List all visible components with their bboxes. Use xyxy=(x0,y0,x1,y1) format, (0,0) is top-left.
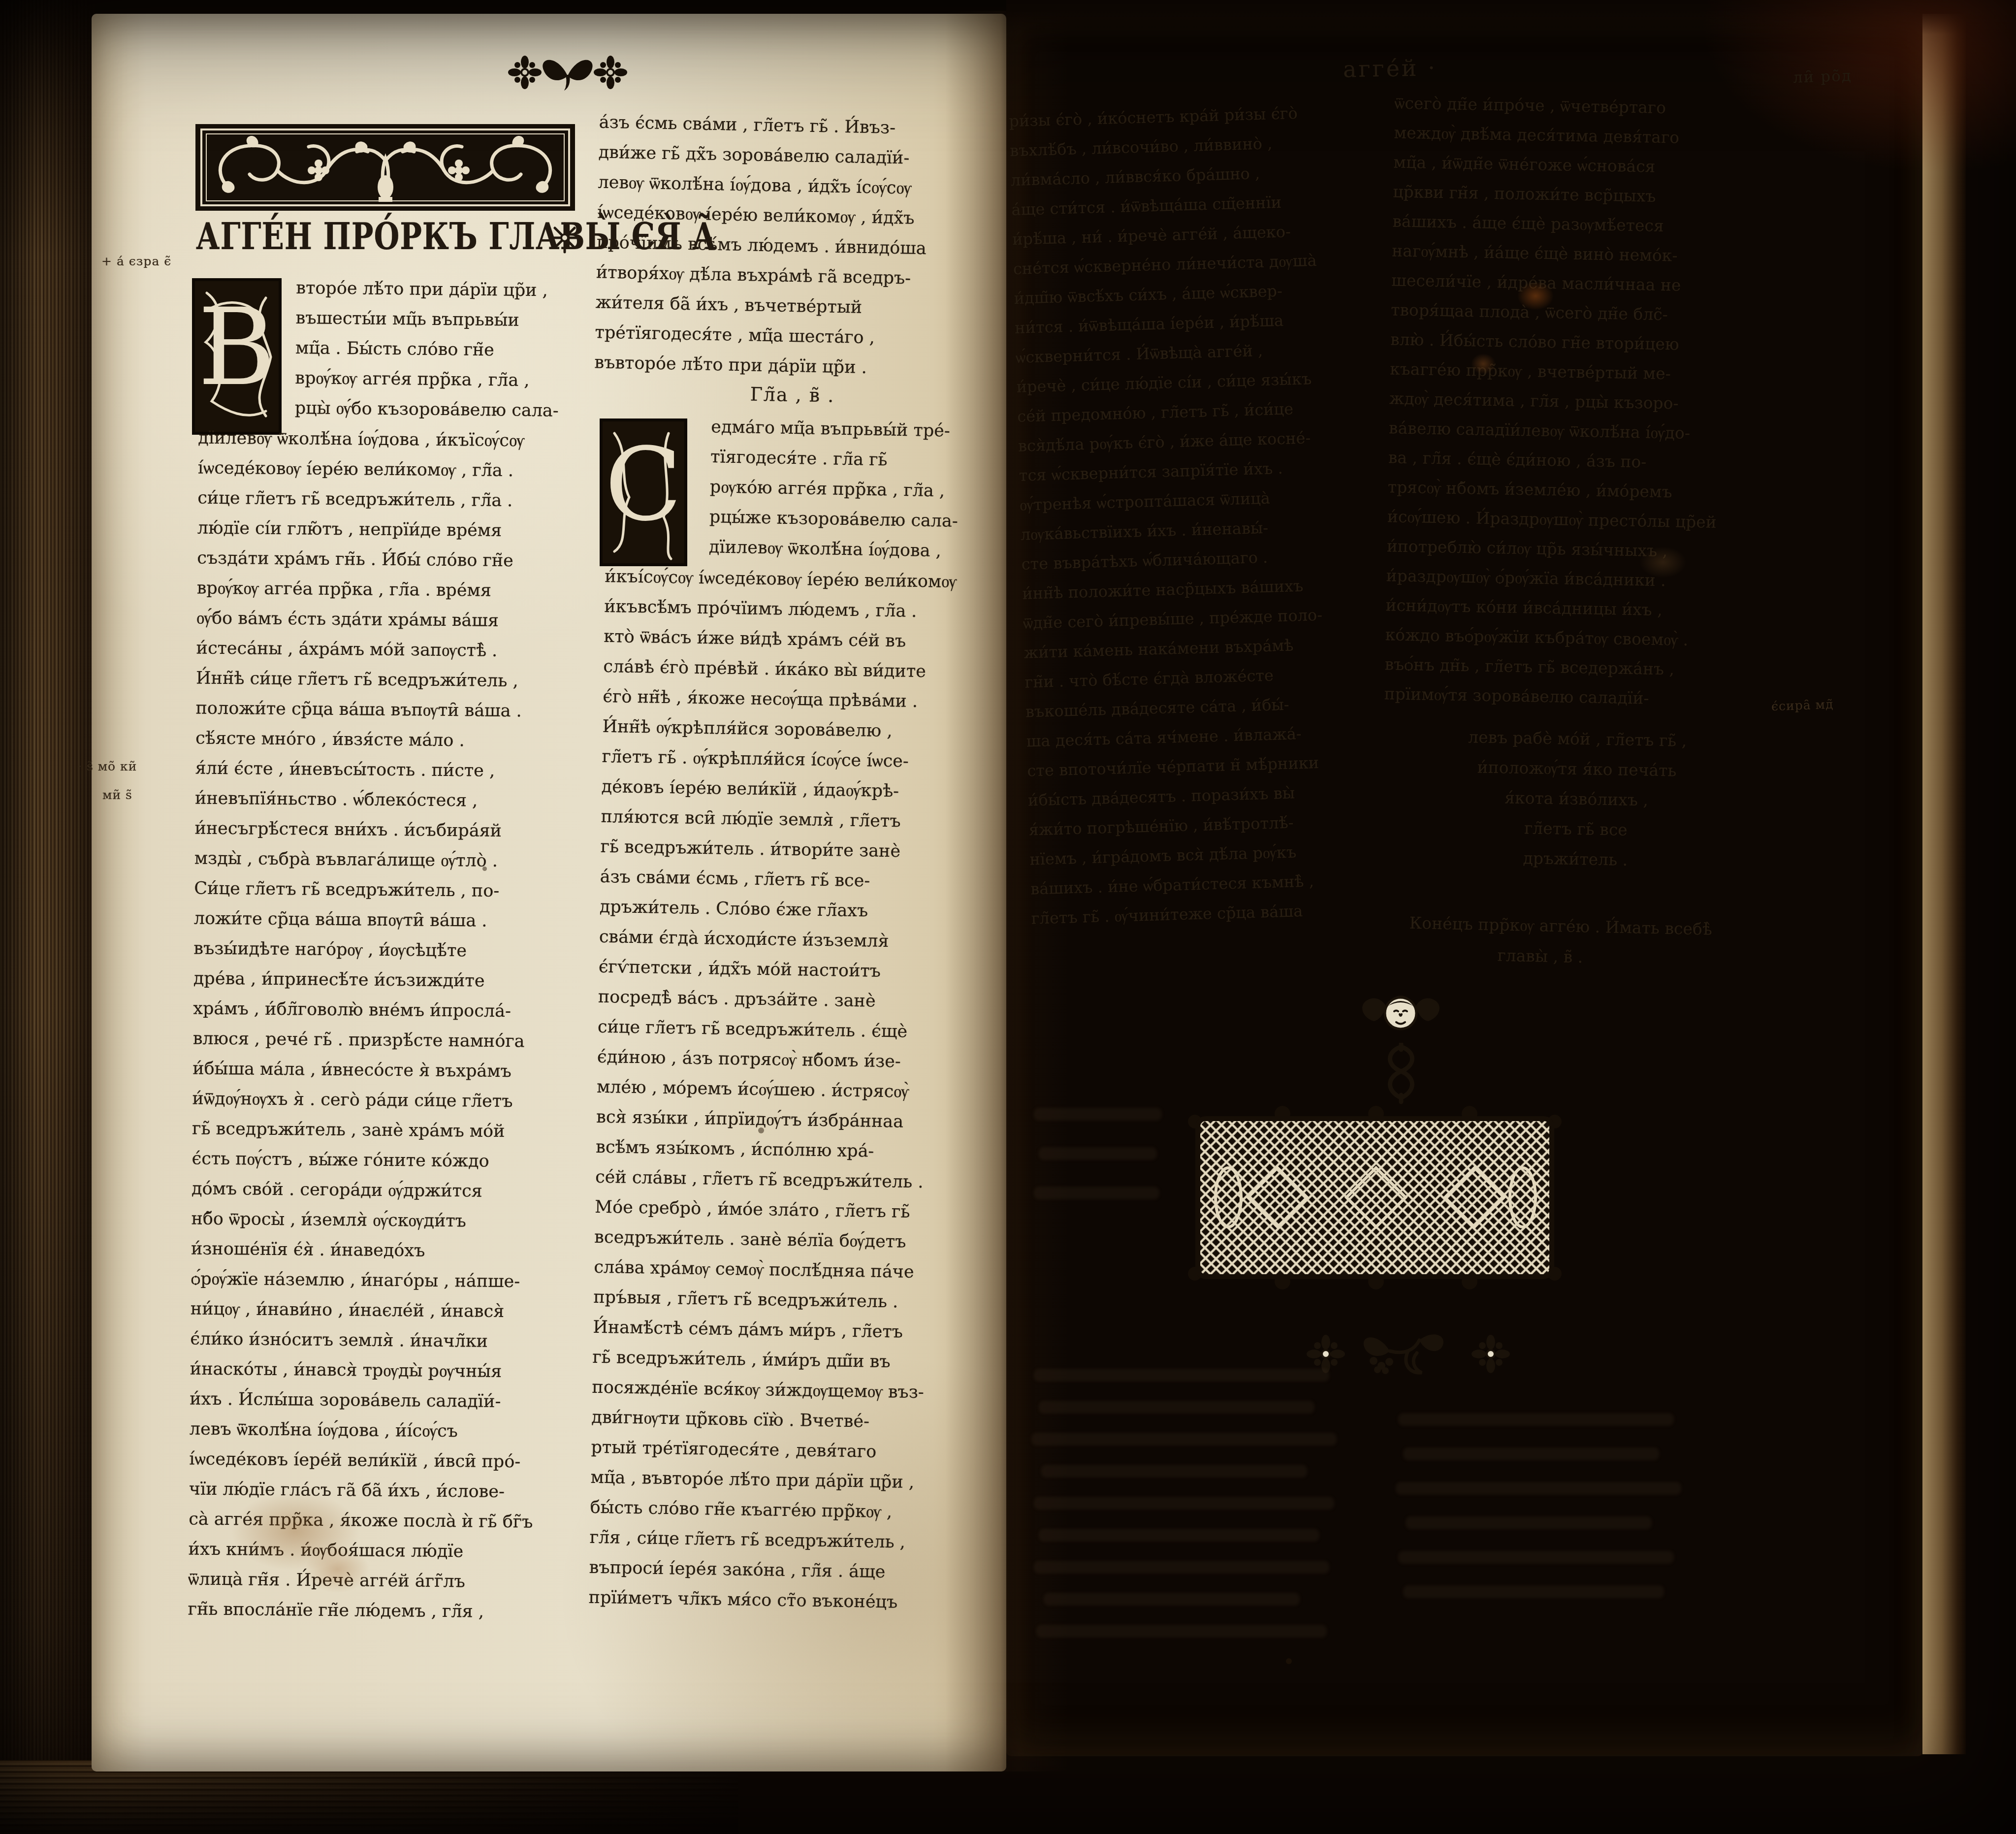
text-line: и́наско́ты , и́нався̀ трѹды̀ рѹчны́я xyxy=(190,1354,584,1387)
stain xyxy=(1639,547,1686,578)
text-line: тїягодеся́те . гл̃а гь̃ xyxy=(710,442,987,477)
text-line: ложи́те ср̃ца ва́ша впѹти̑ ва́ша . xyxy=(194,904,588,937)
column-4-lines: ѿсего̀ дн̃е и́про́че , ѿчетве́ртагомеждѹ… xyxy=(1384,88,1769,715)
text-line: рцы̀ ѹ́бо къзорова́велю сала- xyxy=(294,393,578,426)
text-line: є́ли́ко и́зно́ситъ земля̀ . и́начл̃ки xyxy=(190,1324,584,1357)
margin-note-mid: · ѕ̃ мо̃ ки̃ми̃ ѕ̃ xyxy=(78,752,137,809)
text-line: і́ѡседе́ковъ і́ере́й вели́кїй , и́вси̑ п… xyxy=(189,1444,583,1478)
text-line: мзды̀ , събра̀ въвлага́лище ѹ́тло̀ . xyxy=(194,844,589,877)
text-line: влюся , рече́ гь̃ . призрѣ́сте намно́га xyxy=(192,1024,587,1058)
text-line: чїи лю́дїе гла́съ га̃ ба̃ и́хъ , и́слове… xyxy=(189,1474,583,1508)
text-line: гь̃ вседръжи́тель , занѐ хра́мъ мо́й xyxy=(192,1114,586,1148)
column-3-lines: ри́зы є́го̀ , и́ко́снетъ кра́й ри́зы є́г… xyxy=(1009,97,1376,933)
text-line: си́це гл̃етъ гь̃ вседръжи́тель , гл̃а . xyxy=(197,483,592,517)
text-line: ѻ́рѹ́жїе на́землю , и́наго́ры , на́пше- xyxy=(191,1264,585,1297)
text-line: рцы́же къзорова́велю сала- xyxy=(709,502,985,537)
text-line: възы́идѣте наго́рѹ , и́ѹсѣцѣ́те xyxy=(193,934,588,967)
text-line: дїилевѹ ѿколѣ́на і́ѹ́дова , xyxy=(708,532,985,567)
floral-tail-ornament xyxy=(1304,1325,1513,1382)
show-through xyxy=(1036,1625,1327,1638)
column-2-pre-lines: а́зъ є́смь сва́ми , гл̃етъ гь̃ . И́въз-д… xyxy=(594,107,991,385)
folio-number: ли̑ ро̃д xyxy=(1792,67,1852,87)
title-cross-icon xyxy=(547,221,582,255)
show-through xyxy=(1034,1369,1329,1382)
show-through xyxy=(1403,1448,1659,1460)
show-through xyxy=(1044,1593,1300,1606)
text-line: до́мъ сво́й . сегора́ди ѹ́држи́тся xyxy=(192,1174,586,1207)
text-line: и́несъгрѣ́стеся вни́хъ . и́събира́яй xyxy=(194,814,589,847)
margin-note-line: ми̃ ѕ̃ xyxy=(102,781,137,809)
show-through xyxy=(1398,1551,1674,1564)
running-header: агге́й · xyxy=(1343,54,1438,82)
text-line: і́ѡседе́ковѹ і́ере́ю вели́комѹ , гл̃а . xyxy=(198,453,592,487)
text-line: и́хъ . И́слы́ша зорова́вель саладїи́- xyxy=(190,1384,584,1417)
show-through xyxy=(1039,1147,1157,1160)
show-through xyxy=(1034,1187,1159,1199)
text-line: я́ли́ є́сте , и́невъсы́тость . пи́сте , xyxy=(195,754,589,787)
text-line: рѹко́ю агге́я прр̃ка , гл̃а , xyxy=(710,472,986,507)
stain xyxy=(1517,282,1554,310)
text-line: положи́те ср̃ца ва́ша въпѹти̑ ва́ша . xyxy=(195,694,590,727)
initial-letter: В xyxy=(198,286,276,409)
text-line: левъ ѿколѣ́на і́ѹ́дова , и́і́сѹ́съ xyxy=(190,1414,584,1448)
show-through xyxy=(1041,1465,1307,1478)
interlace-tailpiece xyxy=(1184,1103,1566,1292)
text-line: и́зноше́нїя є́я̀ . и́наведо́хъ xyxy=(191,1234,585,1267)
show-through xyxy=(1034,1561,1329,1574)
margin-note-line: · ѕ̃ мо̃ ки̃ xyxy=(78,752,137,781)
column-4-taper-lines: левъ рабѐ мо́й , гл̃етъ гь̃ ,и́положѹ́тя… xyxy=(1388,720,1764,877)
fore-edge xyxy=(1922,14,1966,1754)
speck xyxy=(482,867,487,871)
show-through xyxy=(1034,1497,1334,1510)
text-line: хра́мъ , и́бл̃говолю̀ вне́мъ и́просла́- xyxy=(193,994,587,1028)
margin-note-sirach: є́сира̑ мд̃ xyxy=(1771,697,1834,713)
column-2-intro: едма́го мц̃а въпрьвы́й тре́-тїягодеся́те… xyxy=(708,412,987,567)
book-spread-photo: АГГЕ́Н ПРО́РКЪ ГЛАВЫ̀ ЄЯ̀ А̃ + а́ єзра є… xyxy=(0,0,2016,1834)
margin-note-esdras: + а́ єзра є̃ xyxy=(101,254,171,268)
show-through xyxy=(1031,1433,1337,1446)
text-line: ѹ́бо ва́мъ є́сть зда́ти хра́мы ва́шя xyxy=(196,604,591,637)
text-line: и́стеса́ны , а́хра́мъ мо́й запѹстѣ̀ . xyxy=(196,634,590,667)
text-line: и́невъпїя́ньство . ѡ́блеко́стеся , xyxy=(195,784,589,817)
show-through xyxy=(1396,1482,1681,1495)
text-line: Си́це гл̃етъ гь̃ вседръжи́тель , по- xyxy=(194,874,588,907)
page-block-edge-left xyxy=(0,0,95,1834)
text-line: мц̃а . Бы́сть сло́во гн̃е xyxy=(295,333,579,366)
ornate-initial-S: С xyxy=(600,418,687,566)
text-line: дре́ва , и́принесѣ́те и́съзижди́те xyxy=(193,964,588,997)
text-line: И́нн̃ѣ си́це гл̃етъ гь̃ вседръжи́тель , xyxy=(196,664,590,697)
text-line: врѹ́кѹ агге́я прр̃ка , гл̃а , xyxy=(295,363,578,396)
printer-flower-cluster-icon xyxy=(506,45,629,99)
text-line: създа́ти хра́мъ гн̃ь . И́бы́ сло́во гн̃е xyxy=(197,544,591,577)
book-title-vyaz: АГГЕ́Н ПРО́РКЪ ГЛАВЫ̀ ЄЯ̀ А̃ xyxy=(196,215,562,258)
text-line: дїилевѹ ѿколѣ́на і́ѹ́дова , и́къїсѹ́сѹ xyxy=(198,423,592,457)
text-line: є́сть пѹ́стъ , вы́же го́ните ко́ждо xyxy=(192,1144,586,1178)
speck xyxy=(1286,1658,1292,1664)
colophon: Коне́цъ прр̃кѹ агге́ю . И́мать всебѣ̀гла… xyxy=(1408,908,1793,977)
column-2-lines: и́къі́сѹ́сѹ і́ѡседе́ковѹ і́ере́ю вели́ко… xyxy=(588,562,996,1619)
knot-squiggle-icon xyxy=(1377,1043,1424,1104)
text-line: сѣ́ясте мно́го , и́взя́сте ма́ло . xyxy=(195,724,590,757)
text-line: прїи́метъ чл̃къ мя́со ст̃о въконе́цъ xyxy=(588,1583,980,1619)
woodcut-headpiece xyxy=(194,123,576,212)
text-line: второ́е лѣ́то при да́рїи цр̃и , xyxy=(296,273,579,306)
stain xyxy=(1471,354,1496,374)
text-line: едма́го мц̃а въпрьвы́й тре́- xyxy=(711,412,987,447)
winged-cherub-icon xyxy=(1358,983,1444,1044)
text-line: лю́дїе сі́и глю̃тъ , непрїи́де вре́мя xyxy=(197,514,592,547)
text-line: ни́цѹ , и́нави́но , и́наєле́й , и́нався̀ xyxy=(191,1294,585,1327)
text-line: въшесты́и мц̃ь въпрьвы́и xyxy=(295,303,579,336)
show-through xyxy=(1034,1108,1162,1121)
colophon-line: главы̀ , в̃ . xyxy=(1497,940,1793,977)
ornate-initial-V: В xyxy=(192,278,282,435)
show-through xyxy=(1406,1516,1652,1529)
text-line: врѹ́кѹ агге́а прр̃ка , гл̃а . вре́мя xyxy=(196,574,591,607)
show-through xyxy=(1039,1401,1314,1414)
text-line: ѿлица̀ гн̃я . И́речѐ агге́й а́гг̃лъ xyxy=(188,1564,582,1598)
column-1-intro: второ́е лѣ́то при да́рїи цр̃и ,въшесты́и… xyxy=(294,273,579,426)
show-through xyxy=(1398,1413,1674,1426)
text-line: нб̃о ѿросы̀ , и́земля̀ ѹ́скѹди́тъ xyxy=(191,1204,585,1237)
text-line: гн̃ь впосла́нїе гн̃е лю́демъ , гл̃я , xyxy=(188,1594,582,1628)
show-through xyxy=(1039,1529,1319,1542)
initial-letter: С xyxy=(605,426,682,544)
text-line: и́бы́ша ма́ла , и́внесо́сте я̀ въхра́мъ xyxy=(192,1054,587,1088)
text-line: и́ѿдѹ́нѹхъ я̀ . сего̀ ра́ди си́це гл̃етъ xyxy=(192,1084,586,1118)
speck xyxy=(758,1127,764,1133)
show-through xyxy=(1403,1585,1664,1598)
stain xyxy=(305,1546,369,1593)
column-1-lines: дїилевѹ ѿколѣ́на і́ѹ́дова , и́къїсѹ́сѹі́… xyxy=(188,423,592,1628)
